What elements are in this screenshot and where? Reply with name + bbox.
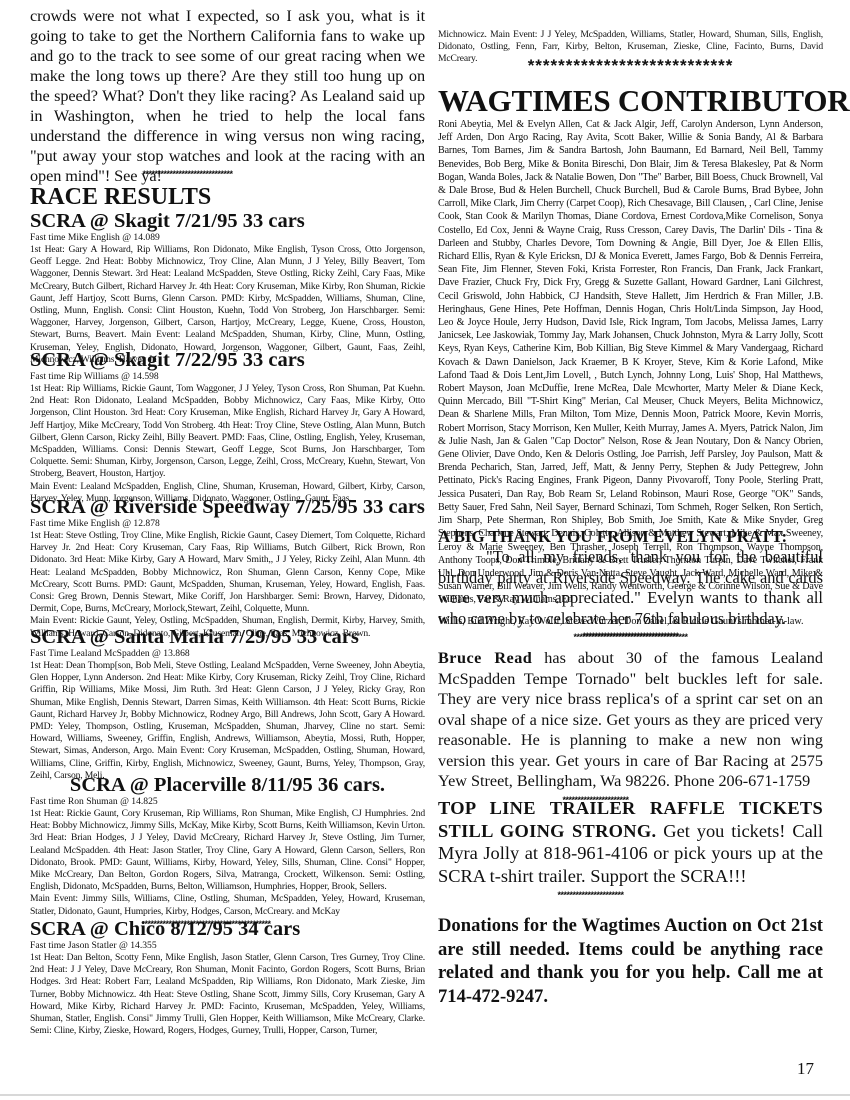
donations-notice: Donations for the Wagtimes Auction on Oc… (438, 914, 823, 1008)
race-results-skagit-0722: 1st Heat: Rip Williams, Rickie Gaunt, To… (30, 383, 425, 481)
race-placerville-0811: SCRA @ Placerville 8/11/95 36 cars. Fast… (30, 774, 425, 930)
race-title-skagit-0721: SCRA @ Skagit 7/21/95 33 cars (30, 210, 425, 232)
race-skagit-0722: SCRA @ Skagit 7/22/95 33 cars Fast time … (30, 349, 425, 505)
thank-you-divider: ******************************** (438, 630, 823, 642)
thank-you-heading: A BIG THANK YOU FROM EVELYN PRATT: (438, 527, 823, 547)
race-chico-0812: SCRA @ Chico 8/12/95 34 cars Fast time J… (30, 918, 425, 1037)
scan-edge-line (0, 1094, 850, 1096)
donations-text: Donations for the Wagtimes Auction on Oc… (438, 914, 823, 1008)
thank-you-text: "To all my friends, thank you for the be… (438, 547, 823, 628)
thank-you-section: A BIG THANK YOU FROM EVELYN PRATT: "To a… (438, 527, 823, 642)
intro-divider: ****************************** (0, 168, 385, 180)
race-results-placerville-0811: 1st Heat: Rickie Gaunt, Cory Kruseman, R… (30, 808, 425, 893)
raffle-notice: TOP LINE TRAILER RAFFLE TICKETS STILL GO… (438, 797, 823, 901)
fast-time-placerville-0811: Fast time Ron Shuman @ 14.825 (30, 796, 425, 808)
race-riverside-0725: SCRA @ Riverside Speedway 7/25/95 33 car… (30, 496, 425, 640)
contributors-heading: WAGTIMES CONTRIBUTOR'S '95 (438, 84, 823, 118)
raffle-text: TOP LINE TRAILER RAFFLE TICKETS STILL GO… (438, 797, 823, 887)
thank-you-body: "To all my friends, thank you for the be… (438, 547, 823, 629)
belt-buckle-body: has about 30 of the famous Lealand McSpa… (438, 649, 823, 790)
fast-time-chico-0812: Fast time Jason Statler @ 14.355 (30, 940, 425, 952)
race-title-placerville-0811: SCRA @ Placerville 8/11/95 36 cars. (30, 774, 425, 796)
belt-buckle-notice: Bruce Read has about 30 of the famous Le… (438, 648, 823, 806)
race-results-skagit-0721: 1st Heat: Gary A Howard, Rip Williams, R… (30, 244, 425, 366)
race-title-santa-maria-0729: SCRA @ Santa Maria 7/29/95 33 cars (30, 626, 425, 648)
intro-paragraph: crowds were not what I expected, so I as… (30, 6, 425, 186)
race-title-skagit-0722: SCRA @ Skagit 7/22/95 33 cars (30, 349, 425, 371)
fast-time-santa-maria-0729: Fast Time Lealand McSpadden @ 13.868 (30, 648, 425, 660)
main-event-placerville-0811: Main Event: Jimmy Sills, Williams, Cline… (30, 893, 425, 917)
race-results-heading: RACE RESULTS (30, 184, 425, 210)
race-santa-maria-0729: SCRA @ Santa Maria 7/29/95 33 cars Fast … (30, 626, 425, 782)
belt-buckle-text: Bruce Read has about 30 of the famous Le… (438, 648, 823, 792)
race-results-end-divider: *************************** (438, 57, 823, 75)
race-results-chico-0812: 1st Heat: Dan Belton, Scotty Fenn, Mike … (30, 952, 425, 1037)
fast-time-skagit-0721: Fast time Mike English @ 14.089 (30, 232, 425, 244)
belt-buckle-lead: Bruce Read (438, 649, 532, 667)
page-number: 17 (797, 1059, 814, 1079)
fast-time-riverside-0725: Fast time Mike English @ 12.878 (30, 518, 425, 530)
race-title-riverside-0725: SCRA @ Riverside Speedway 7/25/95 33 car… (30, 496, 425, 518)
race-results-riverside-0725: 1st Heat: Steve Ostling, Troy Cline, Mik… (30, 530, 425, 615)
raffle-divider: ********************** (438, 889, 823, 901)
race-results-section: RACE RESULTS SCRA @ Skagit 7/21/95 33 ca… (30, 184, 425, 366)
fast-time-skagit-0722: Fast time Rip Williams @ 14.598 (30, 371, 425, 383)
race-title-chico-0812: SCRA @ Chico 8/12/95 34 cars (30, 918, 425, 940)
newsletter-page: crowds were not what I expected, so I as… (0, 0, 850, 1100)
race-results-santa-maria-0729: 1st Heat: Dean Thomp[son, Bob Meli, Stev… (30, 660, 425, 782)
